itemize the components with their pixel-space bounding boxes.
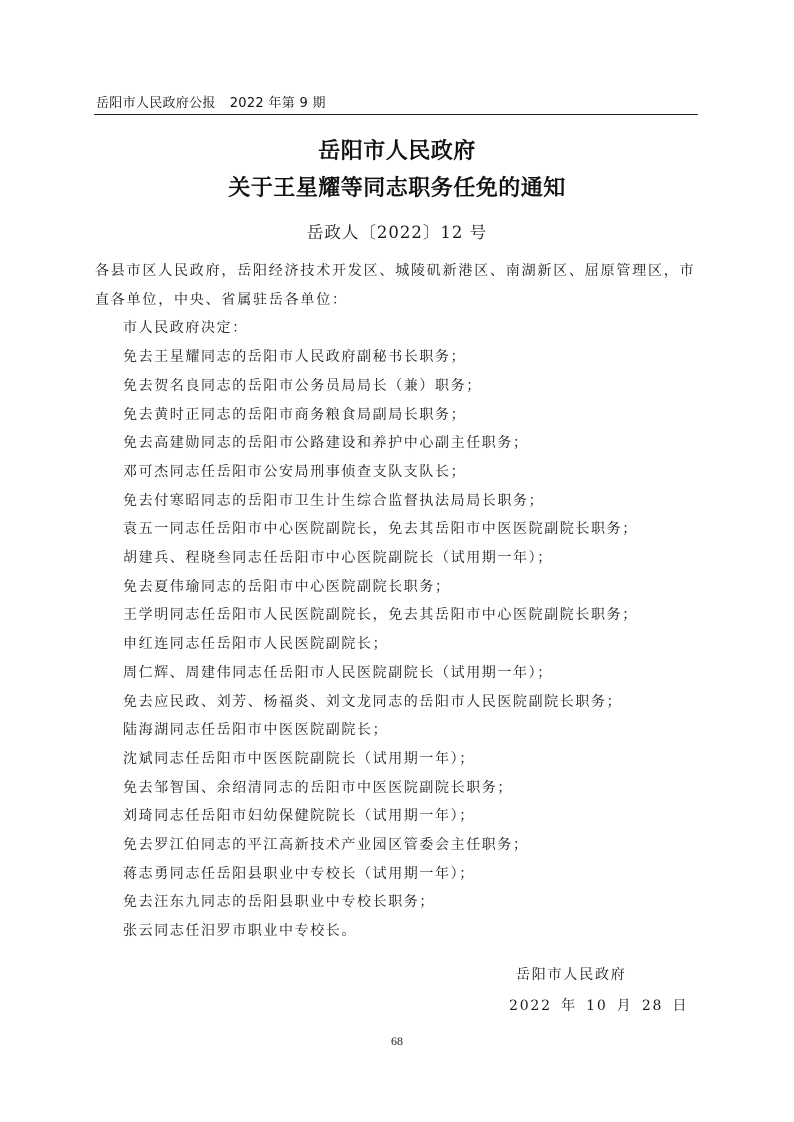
document-title-line1: 岳阳市人民政府: [0, 134, 794, 165]
appointment-item: 免去王星耀同志的岳阳市人民政府副秘书长职务；: [95, 343, 705, 372]
appointment-item: 免去罗江伯同志的平江高新技术产业园区管委会主任职务；: [95, 831, 705, 860]
appointment-item: 沈斌同志任岳阳市中医医院副院长（试用期一年）；: [95, 745, 705, 774]
appointment-item: 陆海湖同志任岳阳市中医医院副院长；: [95, 716, 705, 745]
signature-date: 2022 年 10 月 28 日: [509, 995, 688, 1015]
publication-name: 岳阳市人民政府公报: [96, 96, 216, 111]
appointment-item: 免去高建勋同志的岳阳市公路建设和养护中心副主任职务；: [95, 429, 705, 458]
appointment-item: 免去邹智国、余绍清同志的岳阳市中医医院副院长职务；: [95, 774, 705, 803]
document-body: 各县市区人民政府，岳阳经济技术开发区、城陵矶新港区、南湖新区、屈原管理区，市直各…: [95, 257, 705, 946]
appointment-item: 免去应民政、刘芳、杨福炎、刘文龙同志的岳阳市人民医院副院长职务；: [95, 688, 705, 717]
appointment-item: 申红连同志任岳阳市人民医院副院长；: [95, 630, 705, 659]
appointment-item: 刘琦同志任岳阳市妇幼保健院院长（试用期一年）；: [95, 802, 705, 831]
signature-organization: 岳阳市人民政府: [516, 964, 627, 984]
addressee: 各县市区人民政府，岳阳经济技术开发区、城陵矶新港区、南湖新区、屈原管理区，市直各…: [95, 257, 705, 314]
appointment-item: 免去汪东九同志的岳阳县职业中专校长职务；: [95, 888, 705, 917]
appointment-item: 袁五一同志任岳阳市中心医院副院长，免去其岳阳市中医医院副院长职务；: [95, 515, 705, 544]
appointment-item: 张云同志任汨罗市职业中专校长。: [95, 917, 705, 946]
appointment-item: 邓可杰同志任岳阳市公安局刑事侦查支队支队长；: [95, 458, 705, 487]
appointment-item: 周仁辉、周建伟同志任岳阳市人民医院副院长（试用期一年）；: [95, 659, 705, 688]
appointment-item: 免去夏伟瑜同志的岳阳市中心医院副院长职务；: [95, 573, 705, 602]
appointment-item: 王学明同志任岳阳市人民医院副院长，免去其岳阳市中心医院副院长职务；: [95, 601, 705, 630]
document-number: 岳政人〔2022〕12 号: [0, 219, 794, 243]
appointment-item: 免去贺名良同志的岳阳市公务员局局长（兼）职务；: [95, 372, 705, 401]
appointment-item: 蒋志勇同志任岳阳县职业中专校长（试用期一年）；: [95, 860, 705, 889]
document-title-line2: 关于王星耀等同志职务任免的通知: [0, 171, 794, 202]
appointment-item: 胡建兵、程晓叁同志任岳阳市中心医院副院长（试用期一年）；: [95, 544, 705, 573]
decision-intro: 市人民政府决定：: [95, 314, 705, 343]
appointment-item: 免去黄时正同志的岳阳市商务粮食局副局长职务；: [95, 401, 705, 430]
running-header: 岳阳市人民政府公报2022 年第 9 期: [96, 92, 326, 111]
issue-number: 2022 年第 9 期: [230, 96, 326, 111]
header-divider: [94, 114, 698, 115]
page-number: 68: [0, 1034, 794, 1049]
appointment-item: 免去付寒昭同志的岳阳市卫生计生综合监督执法局局长职务；: [95, 487, 705, 516]
